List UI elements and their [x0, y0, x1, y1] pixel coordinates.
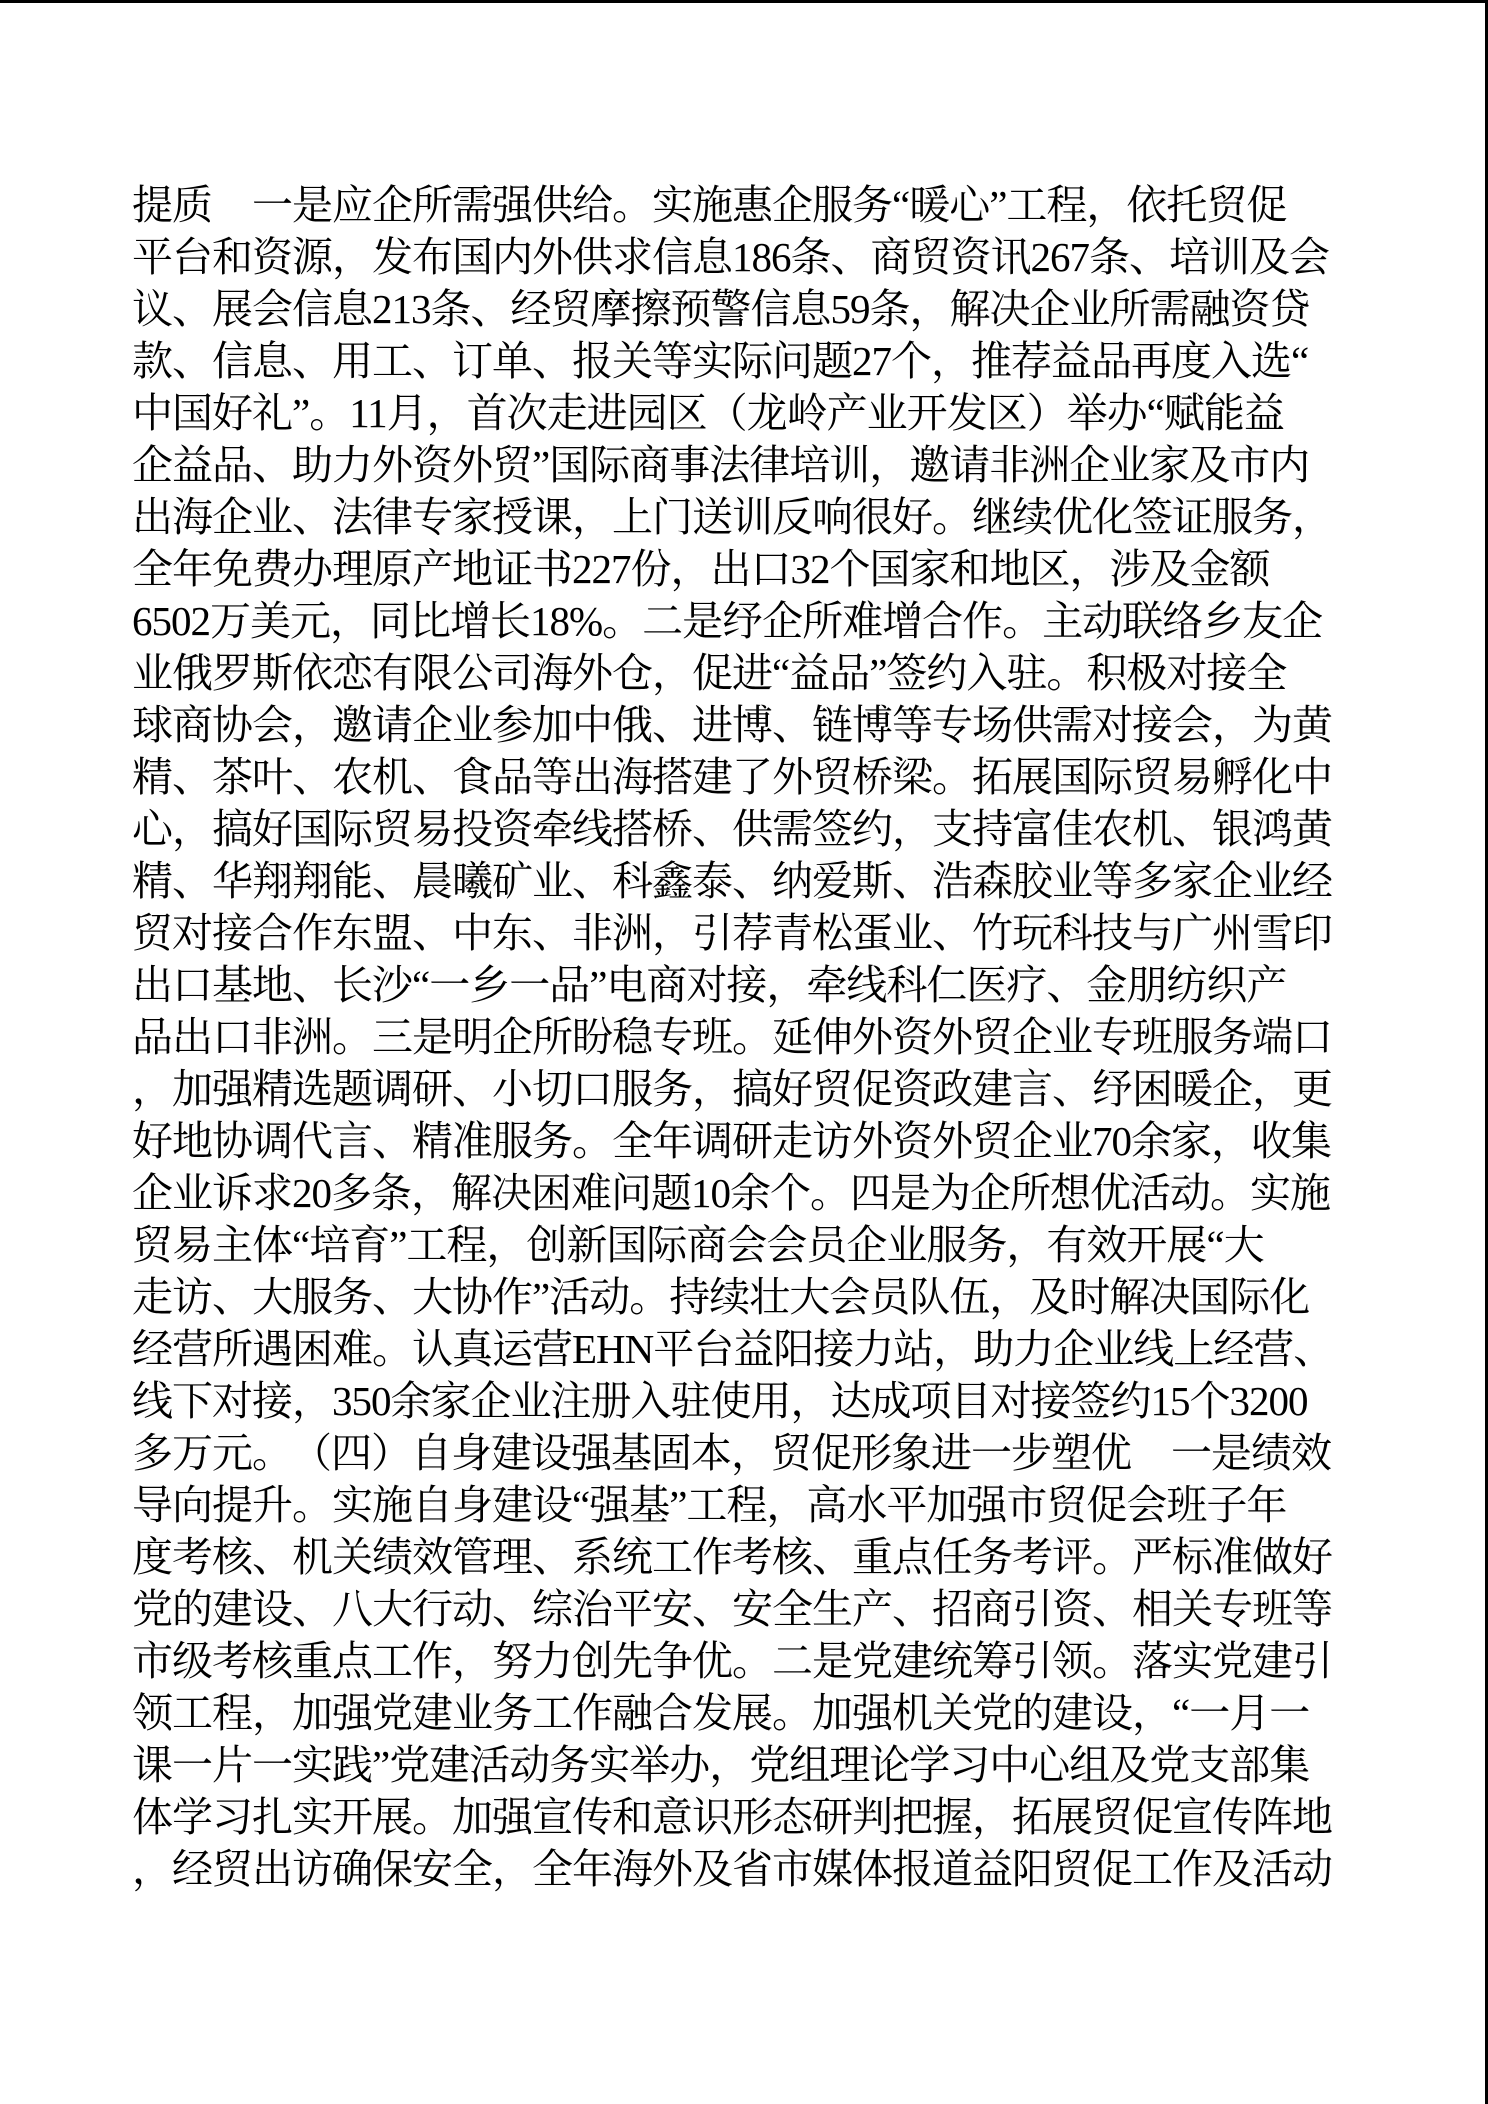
text-line: 心，搞好国际贸易投资牵线搭桥、供需签约，支持富佳农机、银鸿黄 — [132, 803, 1338, 855]
text-line: 度考核、机关绩效管理、系统工作考核、重点任务考评。严标准做好 — [132, 1531, 1338, 1583]
text-line: ，经贸出访确保安全，全年海外及省市媒体报道益阳贸促工作及活动 — [132, 1843, 1338, 1895]
text-line: 精、华翔翔能、晨曦矿业、科鑫泰、纳爱斯、浩森胶业等多家企业经 — [132, 855, 1338, 907]
text-line: 球商协会，邀请企业参加中俄、进博、链博等专场供需对接会，为黄 — [132, 699, 1338, 751]
text-line: 贸易主体“培育”工程，创新国际商会会员企业服务，有效开展“大 — [132, 1219, 1338, 1271]
text-line: 课一片一实践”党建活动务实举办，党组理论学习中心组及党支部集 — [132, 1739, 1338, 1791]
text-line: 线下对接，350余家企业注册入驻使用，达成项目对接签约15个3200 — [132, 1375, 1338, 1427]
text-line: 业俄罗斯依恋有限公司海外仓，促进“益品”签约入驻。积极对接全 — [132, 647, 1338, 699]
text-line: 款、信息、用工、订单、报关等实际问题27个，推荐益品再度入选“ — [132, 335, 1338, 387]
text-line: 企业诉求20多条，解决困难问题10余个。四是为企所想优活动。实施 — [132, 1167, 1338, 1219]
text-line: 好地协调代言、精准服务。全年调研走访外资外贸企业70余家，收集 — [132, 1115, 1338, 1167]
text-line: 多万元。 （四）自身建设强基固本，贸促形象进一步塑优 一是绩效 — [132, 1427, 1338, 1479]
text-line: 领工程，加强党建业务工作融合发展。加强机关党的建设，“一月一 — [132, 1687, 1338, 1739]
text-line: 体学习扎实开展。加强宣传和意识形态研判把握，拓展贸促宣传阵地 — [132, 1791, 1338, 1843]
text-line: 经营所遇困难。认真运营EHN平台益阳接力站，助力企业线上经营、 — [132, 1323, 1338, 1375]
text-line: 贸对接合作东盟、中东、非洲，引荐青松蛋业、竹玩科技与广州雪印 — [132, 907, 1338, 959]
document-text-block: 提质 一是应企所需强供给。实施惠企服务“暖心”工程，依托贸促平台和资源，发布国内… — [132, 179, 1338, 1895]
text-line: 走访、大服务、大协作”活动。持续壮大会员队伍，及时解决国际化 — [132, 1271, 1338, 1323]
document-page: 提质 一是应企所需强供给。实施惠企服务“暖心”工程，依托贸促平台和资源，发布国内… — [0, 0, 1488, 2104]
text-line: 6502万美元，同比增长18%。二是纾企所难增合作。主动联络乡友企 — [132, 595, 1338, 647]
text-line: 提质 一是应企所需强供给。实施惠企服务“暖心”工程，依托贸促 — [132, 179, 1338, 231]
text-line: 全年免费办理原产地证书227份，出口32个国家和地区，涉及金额 — [132, 543, 1338, 595]
text-line: 导向提升。实施自身建设“强基”工程，高水平加强市贸促会班子年 — [132, 1479, 1338, 1531]
text-line: 精、茶叶、农机、食品等出海搭建了外贸桥梁。拓展国际贸易孵化中 — [132, 751, 1338, 803]
text-line: 品出口非洲。三是明企所盼稳专班。延伸外资外贸企业专班服务端口 — [132, 1011, 1338, 1063]
text-line: 党的建设、八大行动、综治平安、安全生产、招商引资、相关专班等 — [132, 1583, 1338, 1635]
text-line: 中国好礼”。11月，首次走进园区（龙岭产业开发区）举办“赋能益 — [132, 387, 1338, 439]
text-line: 出海企业、法律专家授课，上门送训反响很好。继续优化签证服务， — [132, 491, 1338, 543]
text-line: 企益品、助力外资外贸”国际商事法律培训，邀请非洲企业家及市内 — [132, 439, 1338, 491]
text-line: 平台和资源，发布国内外供求信息186条、商贸资讯267条、培训及会 — [132, 231, 1338, 283]
text-line: ，加强精选题调研、小切口服务，搞好贸促资政建言、纾困暖企，更 — [132, 1063, 1338, 1115]
text-line: 议、展会信息213条、经贸摩擦预警信息59条，解决企业所需融资贷 — [132, 283, 1338, 335]
text-line: 市级考核重点工作，努力创先争优。二是党建统筹引领。落实党建引 — [132, 1635, 1338, 1687]
text-line: 出口基地、长沙“一乡一品”电商对接，牵线科仁医疗、金朋纺织产 — [132, 959, 1338, 1011]
